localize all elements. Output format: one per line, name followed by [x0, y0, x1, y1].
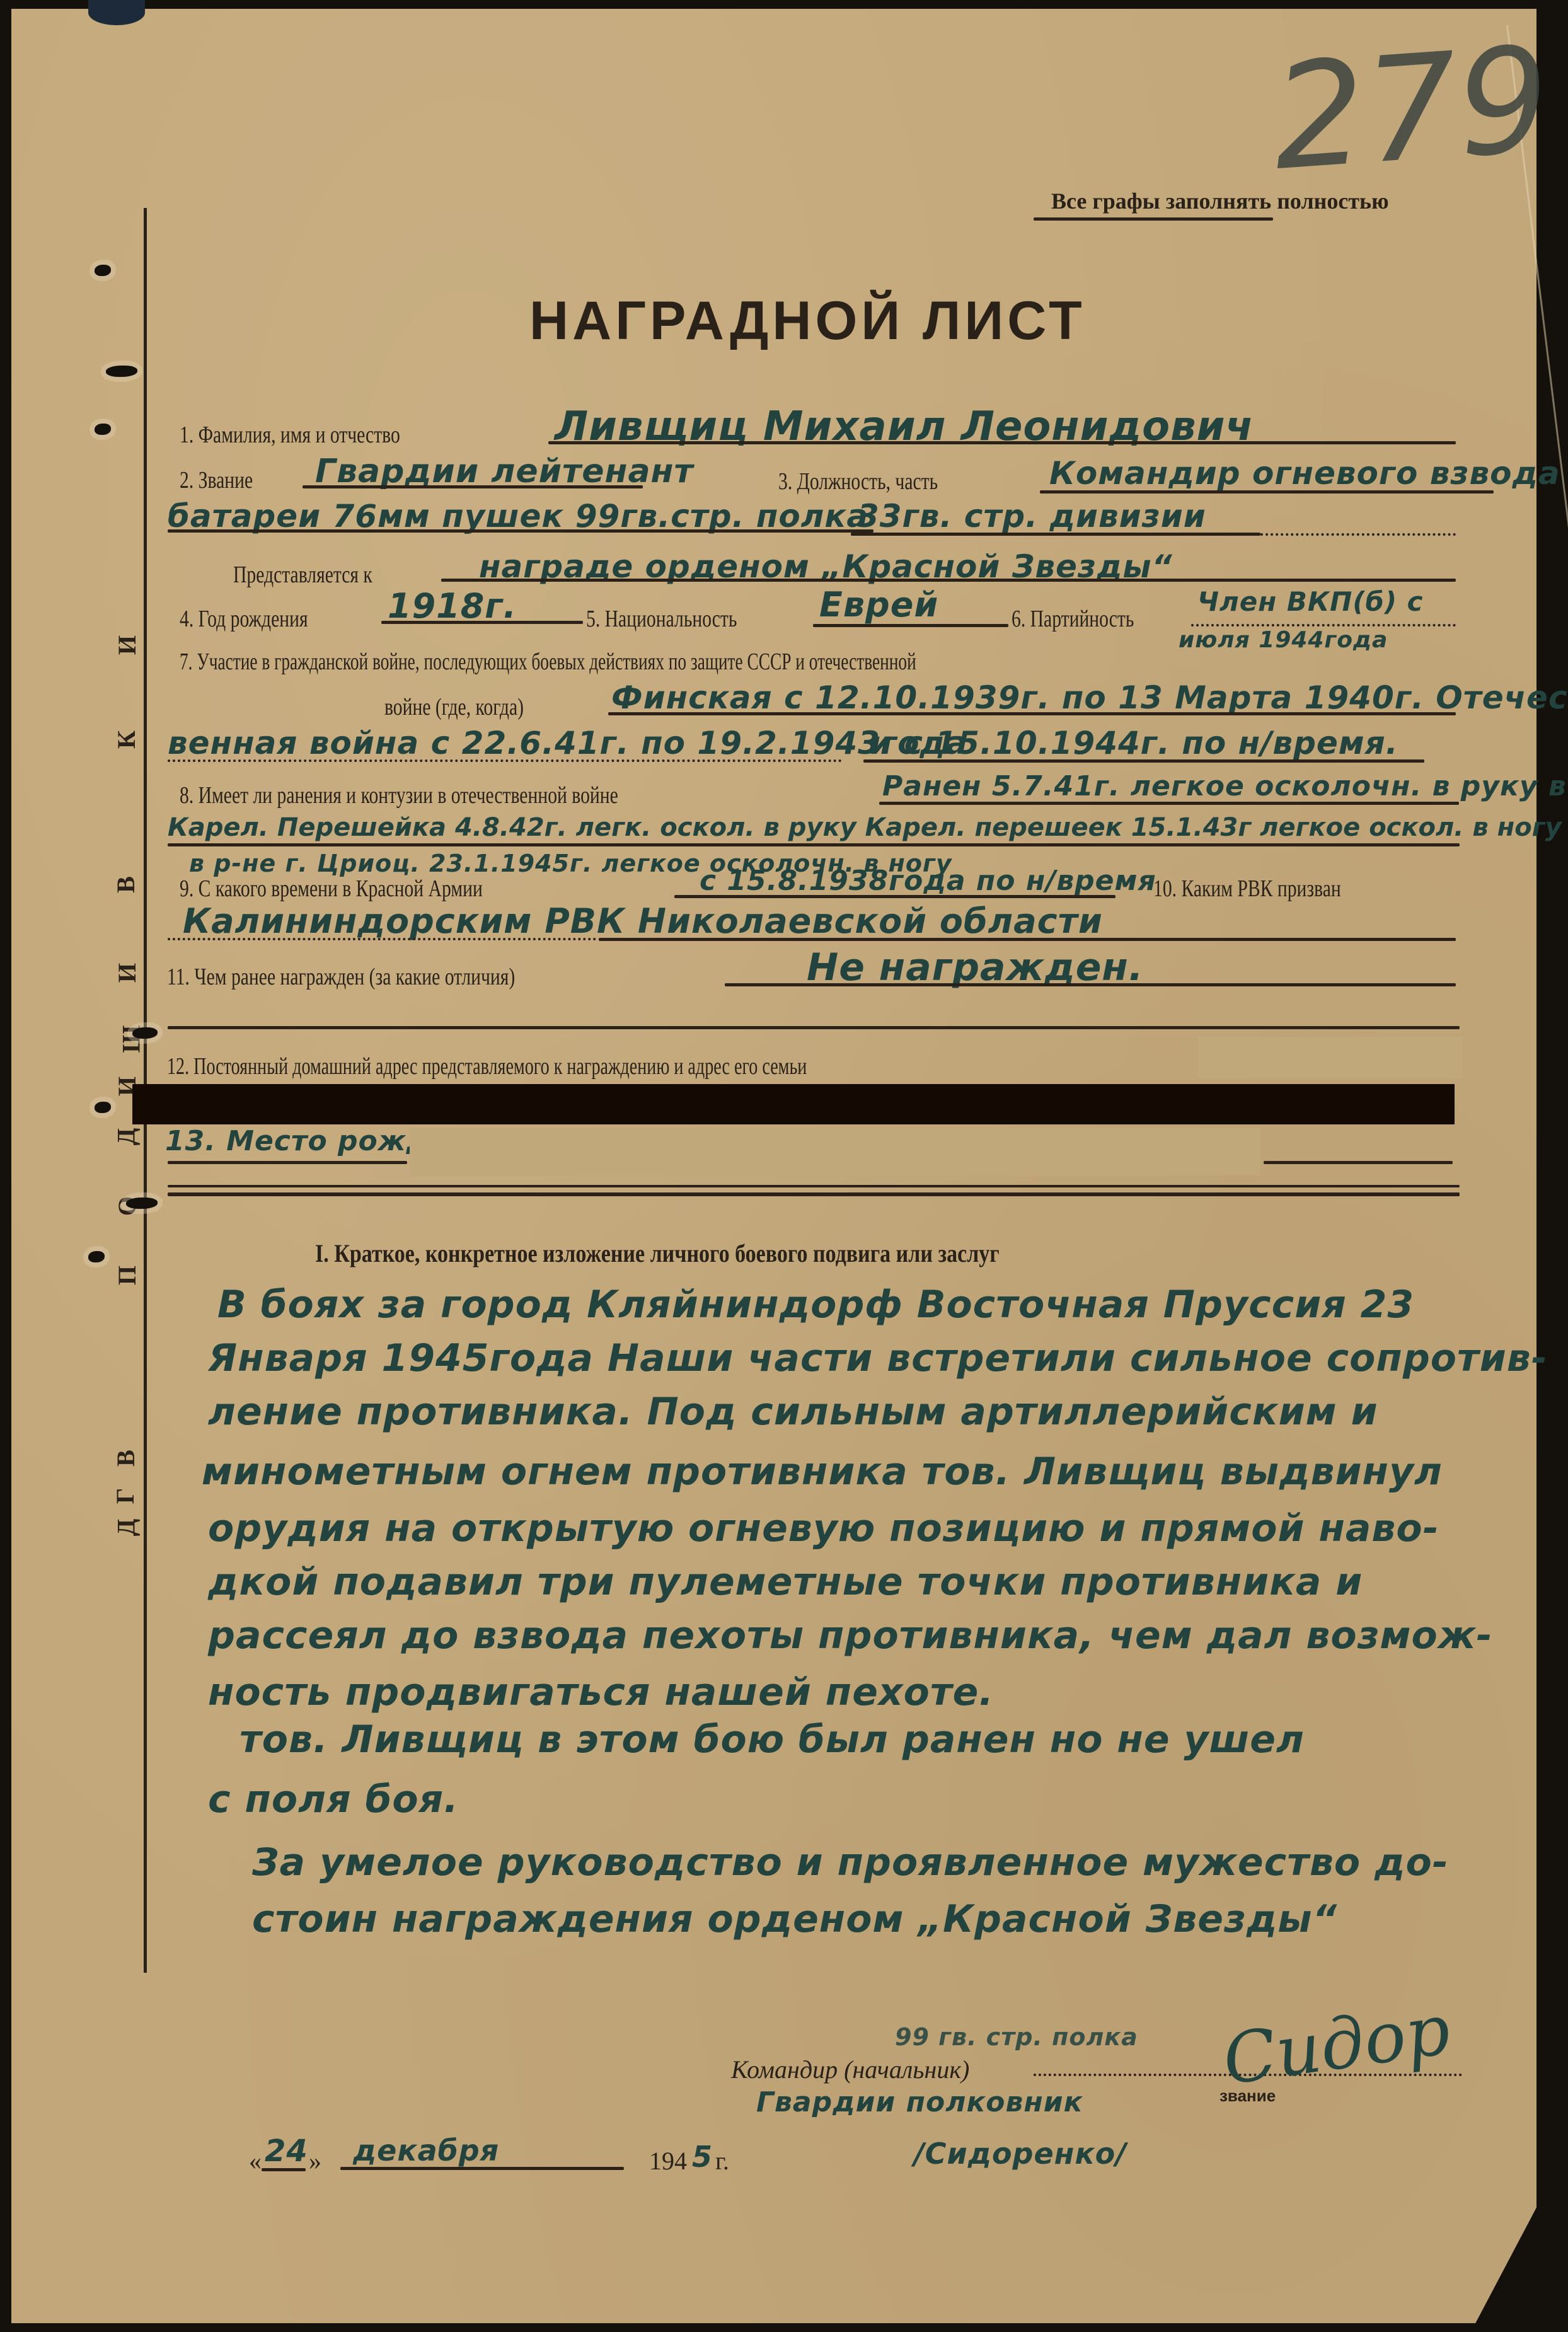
- field-1-underline: [548, 441, 1456, 444]
- date-close-quote: »: [309, 2146, 321, 2176]
- field-5-label: 5. Национальность: [586, 605, 737, 633]
- field-5-underline: [813, 624, 1008, 627]
- field-8-underline: [879, 802, 1459, 805]
- field-6-value: Член ВКП(б) с: [1197, 586, 1424, 617]
- punch-hole: [126, 1198, 158, 1209]
- field-7-underline: [608, 712, 1456, 715]
- field-11-underline: [725, 983, 1456, 986]
- margin-letter: В: [111, 1450, 141, 1467]
- margin-letter: П: [112, 1266, 142, 1285]
- margin-letter: Д: [111, 1519, 141, 1537]
- narrative-line: За умелое руководство и проявленное муже…: [252, 1840, 1449, 1885]
- field-4-label: 4. Год рождения: [180, 605, 308, 633]
- field-13-double-line-1: [168, 1185, 1460, 1187]
- field-7-label: 7. Участие в гражданской войне, последую…: [180, 648, 916, 676]
- narrative-line: Января 1945года Наши части встретили сил…: [208, 1336, 1548, 1380]
- field-8-cont-underline: [168, 843, 1460, 846]
- field-10-underline: [599, 938, 1456, 941]
- narrative-line: с поля боя.: [208, 1777, 459, 1821]
- field-11-label: 11. Чем ранее награжден (за какие отличи…: [167, 963, 515, 991]
- field-3-dotted-fill: [1260, 533, 1456, 536]
- field-6-label: 6. Партийность: [1012, 605, 1134, 633]
- field-1-label: 1. Фамилия, имя и отчество: [180, 421, 400, 449]
- narrative-line: ление противника. Под сильным артиллерий…: [208, 1390, 1378, 1434]
- redaction-birthplace: [410, 1128, 1260, 1175]
- field-10-value: Калининдорским РВК Николаевской области: [183, 901, 1103, 941]
- narrative-line: В боях за город Кляйниндорф Восточная Пр…: [217, 1283, 1414, 1327]
- field-5-value: Еврей: [819, 585, 938, 625]
- archive-number: 279: [1267, 16, 1555, 203]
- narrative-line: стоин награждения орденом „Красной Звезд…: [252, 1897, 1337, 1941]
- date-month: декабря: [353, 2133, 499, 2167]
- margin-letter: Д: [111, 1128, 141, 1146]
- date-year-unit: г.: [715, 2146, 729, 2176]
- field-13-underline-right: [1264, 1161, 1453, 1164]
- redaction-field-12-tail: [1197, 1037, 1462, 1078]
- field-3-label: 3. Должность, часть: [778, 468, 938, 495]
- date-year-prefix: 194: [649, 2146, 687, 2176]
- date-month-underline: [340, 2167, 624, 2170]
- margin-letter: К: [112, 730, 141, 749]
- field-3-underline: [1040, 490, 1494, 494]
- field-10-dotted: [168, 938, 596, 940]
- margin-letter: И: [112, 635, 142, 655]
- field-4-underline: [381, 621, 583, 624]
- top-note-underline: [1034, 217, 1273, 221]
- field-13-double-line-2: [168, 1192, 1460, 1196]
- field-4-value: 1918г.: [388, 586, 517, 626]
- field-11-extra-line: [168, 1026, 1460, 1029]
- field-8-label: 8. Имеет ли ранения и контузии в отечест…: [180, 782, 618, 809]
- field-6-value-cont: июля 1944года: [1179, 627, 1388, 653]
- field-8-value: Ранен 5.7.41г. легкое осколочн. в руку в…: [882, 770, 1568, 802]
- margin-letter: В: [111, 876, 141, 893]
- field-6-dotted-fill: [1191, 624, 1456, 626]
- field-9-label: 9. С какого времени в Красной Армии: [180, 875, 483, 903]
- punch-hole: [132, 1027, 158, 1039]
- narrative-line: тов. Ливщиц в этом бою был ранен но не у…: [239, 1717, 1305, 1762]
- field-10-label: 10. Каким РВК призван: [1153, 875, 1341, 903]
- date-day: 24: [265, 2133, 308, 2169]
- field-3-cont-underline: [168, 529, 873, 533]
- commander-label: Командир (начальник): [731, 2055, 969, 2084]
- field-3-value: Командир огневого взвода: [1049, 455, 1560, 492]
- field-7-label-cont: войне (где, когда): [384, 693, 524, 721]
- field-2-value: Гвардии лейтенант: [315, 453, 694, 490]
- punch-hole: [106, 366, 137, 377]
- margin-letter: И: [112, 963, 142, 983]
- narrative-line: рассеял до взвода пехоты противника, чем…: [208, 1613, 1492, 1658]
- date-year-suffix: 5: [692, 2140, 713, 2174]
- punch-hole: [95, 424, 111, 435]
- document-title: НАГРАДНОЙ ЛИСТ: [529, 290, 1086, 352]
- commander-name: /Сидоренко/: [914, 2137, 1127, 2171]
- field-7-value-cont2: и с 15.10.1944г. по н/время.: [870, 725, 1398, 761]
- field-12-label: 12. Постоянный домашний адрес представля…: [167, 1053, 807, 1080]
- field-2-underline: [303, 485, 643, 488]
- award-label: Представляется к: [233, 561, 372, 589]
- narrative-line: минометным огнем противника тов. Ливщиц …: [202, 1450, 1443, 1494]
- narrative-line: ность продвигаться нашей пехоте.: [208, 1670, 994, 1714]
- fill-all-fields-note: Все графы заполнять полностью: [1051, 188, 1389, 214]
- field-7-value: Финская с 12.10.1939г. по 13 Марта 1940г…: [611, 679, 1568, 716]
- punch-hole: [95, 1102, 111, 1113]
- punch-hole: [95, 265, 111, 276]
- commander-value: 99 гв. стр. полка: [895, 2023, 1138, 2051]
- ink-blot: [88, 0, 145, 25]
- field-3-cont2-underline: [851, 533, 1260, 536]
- redaction-address: [132, 1084, 1455, 1124]
- field-7-cont2-underline: [863, 759, 1424, 763]
- field-9-value: с 15.8.1938года по н/время: [700, 865, 1156, 897]
- field-9-underline: [674, 895, 1115, 898]
- field-13-underline: [168, 1161, 407, 1164]
- award-underline: [441, 579, 1456, 582]
- narrative-line: орудия на открытую огневую позицию и пря…: [208, 1506, 1439, 1550]
- punch-hole: [88, 1251, 105, 1262]
- date-open-quote: «: [249, 2146, 262, 2176]
- field-8-value-cont: Карел. Перешейка 4.8.42г. легк. оскол. в…: [168, 813, 1562, 842]
- field-7-cont-dotted: [168, 759, 842, 762]
- margin-letter: Г: [110, 1488, 140, 1504]
- date-day-underline: [262, 2168, 306, 2171]
- rank-value: Гвардии полковник: [756, 2086, 1083, 2118]
- field-3-value-cont2: 33гв. стр. дивизии: [857, 498, 1206, 534]
- field-2-label: 2. Звание: [180, 466, 253, 494]
- field-7-value-cont: венная война с 22.6.41г. по 19.2.1943год…: [168, 725, 968, 761]
- section-1-heading: I. Краткое, конкретное изложение личного…: [315, 1238, 1000, 1268]
- narrative-line: дкой подавил три пулеметные точки против…: [208, 1560, 1363, 1604]
